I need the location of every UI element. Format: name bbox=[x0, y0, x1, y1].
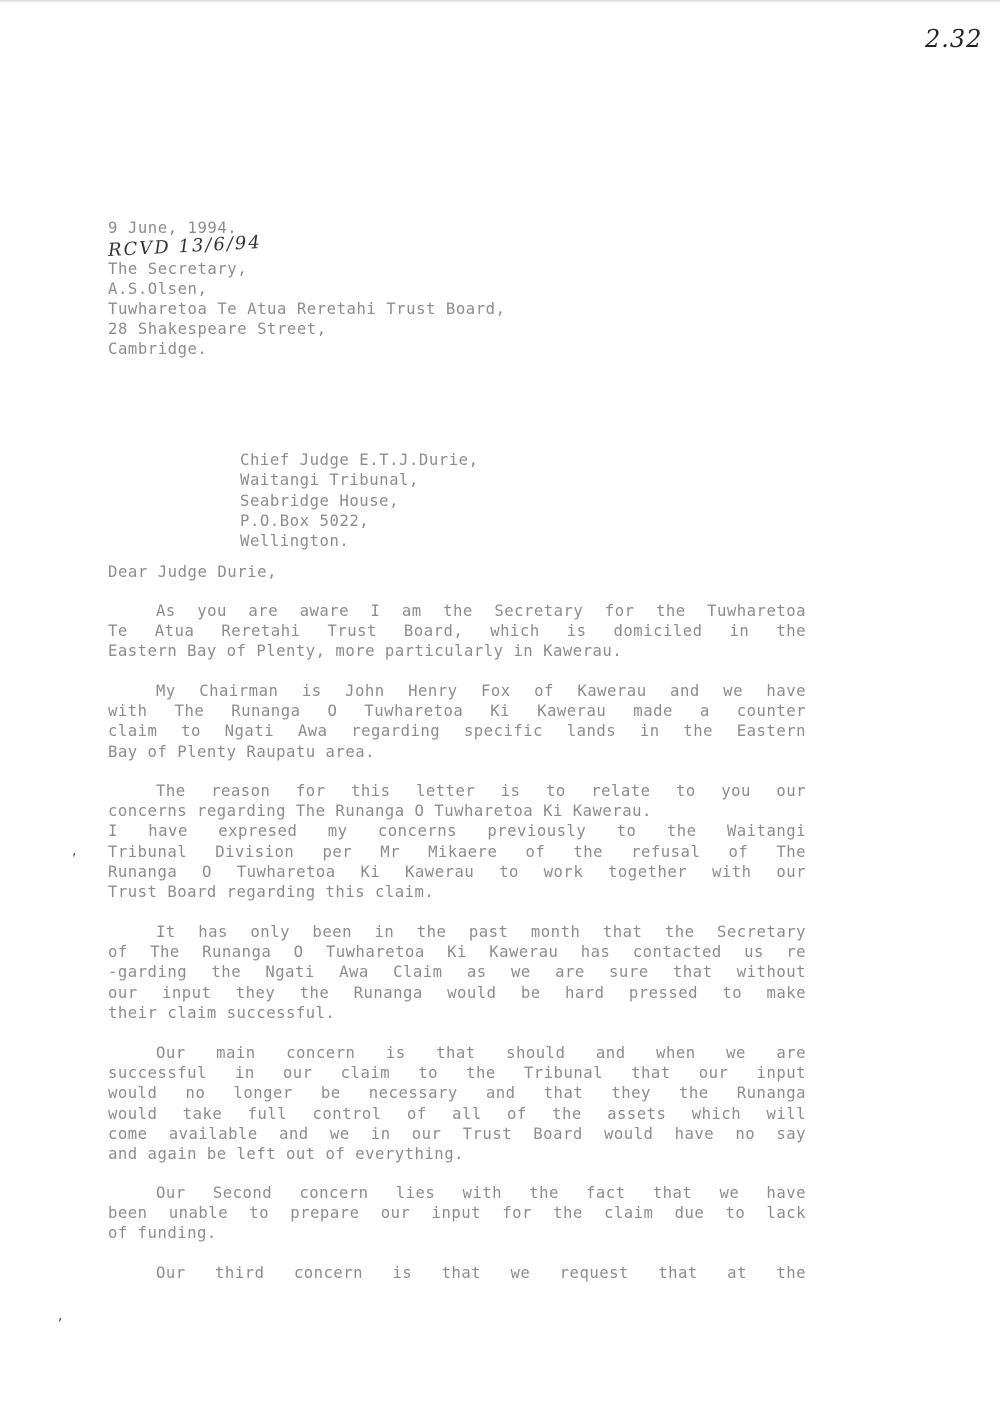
paragraph-line: would take full control of all of the as… bbox=[108, 1104, 806, 1124]
paragraph-line: their claim successful. bbox=[108, 1003, 806, 1023]
paragraph-line: Our Second concern lies with the fact th… bbox=[108, 1183, 806, 1203]
sender-line: 28 Shakespeare Street, bbox=[108, 319, 327, 339]
paragraph-line: come available and we in our Trust Board… bbox=[108, 1124, 806, 1144]
recipient-line: Waitangi Tribunal, bbox=[240, 470, 419, 490]
paragraph-line: claim to Ngati Awa regarding specific la… bbox=[108, 721, 806, 741]
salutation: Dear Judge Durie, bbox=[108, 562, 277, 582]
letter-page: 2.32 9 June, 1994. RCVD 13/6/94 The Secr… bbox=[0, 0, 1000, 1414]
paragraph-line: It has only been in the past month that … bbox=[108, 922, 806, 942]
sender-line: The Secretary, bbox=[108, 259, 247, 279]
scan-edge bbox=[0, 0, 1000, 3]
paragraph-line: Our main concern is that should and when… bbox=[108, 1043, 806, 1063]
paragraph-line: As you are aware I am the Secretary for … bbox=[108, 601, 806, 621]
recipient-line: Wellington. bbox=[240, 531, 349, 551]
paragraph-line: I have expresed my concerns previously t… bbox=[108, 821, 806, 841]
paragraph-line: -garding the Ngati Awa Claim as we are s… bbox=[108, 962, 806, 982]
paragraph-line: The reason for this letter is to relate … bbox=[108, 781, 806, 801]
paragraph-line: our input they the Runanga would be hard… bbox=[108, 983, 806, 1003]
paragraph: My Chairman is John Henry Fox of Kawerau… bbox=[108, 681, 806, 762]
paragraph: Our Second concern lies with the fact th… bbox=[108, 1183, 806, 1244]
paragraph-line: concerns regarding The Runanga O Tuwhare… bbox=[108, 801, 806, 821]
sender-line: Tuwharetoa Te Atua Reretahi Trust Board, bbox=[108, 299, 506, 319]
paragraph-line: with The Runanga O Tuwharetoa Ki Kawerau… bbox=[108, 701, 806, 721]
paragraph-line: Trust Board regarding this claim. bbox=[108, 882, 806, 902]
paragraph-line: been unable to prepare our input for the… bbox=[108, 1203, 806, 1223]
paragraph: It has only been in the past month that … bbox=[108, 922, 806, 1023]
paragraph: As you are aware I am the Secretary for … bbox=[108, 601, 806, 662]
margin-mark: , bbox=[58, 1308, 62, 1324]
paragraph-line: Tribunal Division per Mr Mikaere of the … bbox=[108, 842, 806, 862]
margin-mark: , bbox=[72, 843, 76, 859]
paragraph: The reason for this letter is to relate … bbox=[108, 781, 806, 902]
page-number: 2.32 bbox=[925, 25, 982, 53]
recipient-line: P.O.Box 5022, bbox=[240, 511, 369, 531]
paragraph-line: Our third concern is that we request tha… bbox=[108, 1263, 806, 1283]
paragraph-line: and again be left out of everything. bbox=[108, 1144, 806, 1164]
paragraph-line: Te Atua Reretahi Trust Board, which is d… bbox=[108, 621, 806, 641]
sender-line: A.S.Olsen, bbox=[108, 279, 207, 299]
sender-line: Cambridge. bbox=[108, 339, 207, 359]
paragraph-line: Runanga O Tuwharetoa Ki Kawerau to work … bbox=[108, 862, 806, 882]
recipient-line: Seabridge House, bbox=[240, 491, 399, 511]
paragraph-line: Bay of Plenty Raupatu area. bbox=[108, 742, 806, 762]
paragraph-line: of funding. bbox=[108, 1223, 806, 1243]
paragraph-line: successful in our claim to the Tribunal … bbox=[108, 1063, 806, 1083]
paragraph-line: My Chairman is John Henry Fox of Kawerau… bbox=[108, 681, 806, 701]
recipient-line: Chief Judge E.T.J.Durie, bbox=[240, 450, 479, 470]
paragraph: Our third concern is that we request tha… bbox=[108, 1263, 806, 1283]
paragraph-line: would no longer be necessary and that th… bbox=[108, 1083, 806, 1103]
paragraph-line: Eastern Bay of Plenty, more particularly… bbox=[108, 641, 806, 661]
paragraph: Our main concern is that should and when… bbox=[108, 1043, 806, 1164]
paragraph-line: of The Runanga O Tuwharetoa Ki Kawerau h… bbox=[108, 942, 806, 962]
